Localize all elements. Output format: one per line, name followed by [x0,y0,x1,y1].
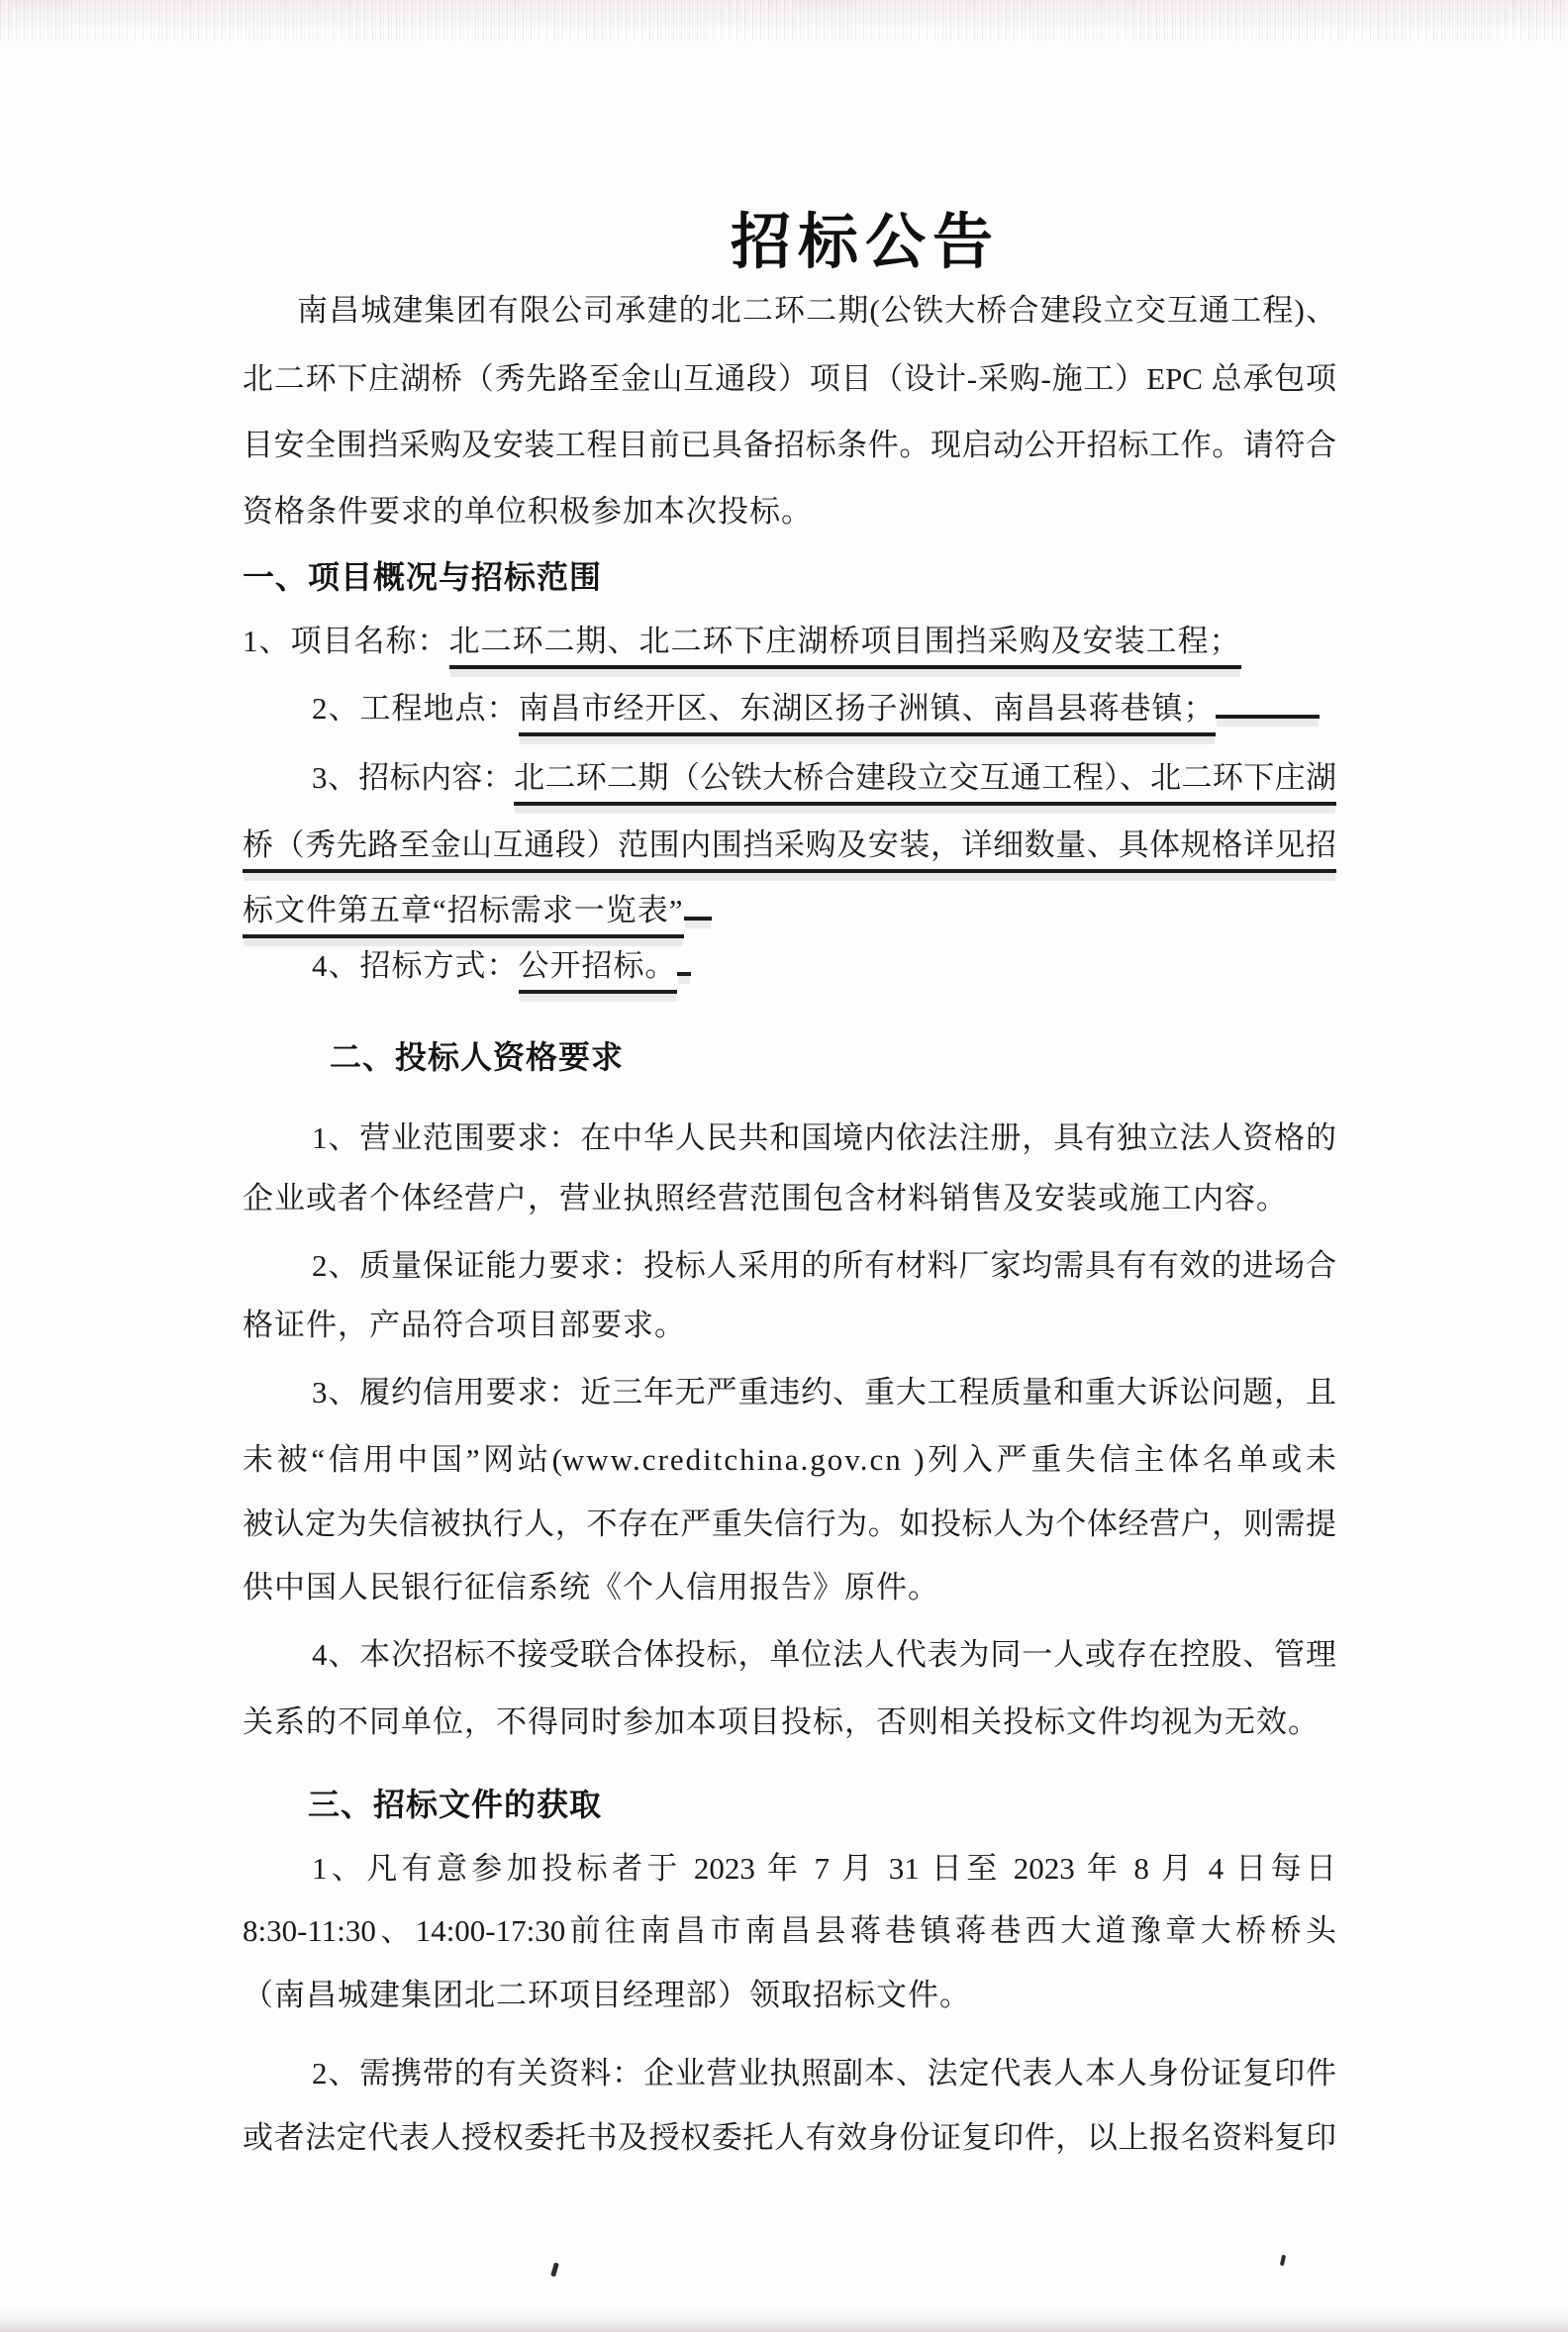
qualification-1-line-2: 企业或者个体经营户，营业执照经营范围包含材料销售及安装或施工内容。 [243,1177,1336,1220]
text: 2、质量保证能力要求：投标人采用的所有材料厂家均需具有有效的进场合 [312,1248,1336,1283]
qualification-1-line-1: 1、营业范围要求：在中华人民共和国境内依法注册，具有独立法人资格的 [243,1117,1336,1160]
qualification-3-line-2: 未被“信用中国”网站(www.creditchina.gov.cn )列入严重失… [243,1438,1336,1482]
qualification-4-line-2: 关系的不同单位，不得同时参加本项目投标，否则相关投标文件均视为无效。 [243,1700,1336,1744]
scan-speck [550,2263,559,2278]
scan-noise-top [0,0,1568,42]
scan-shadow-bottom [0,2306,1568,2332]
text: 南昌城建集团有限公司承建的北二环二期(公铁大桥合建段立交互通工程)、 [297,293,1336,328]
text: （南昌城建集团北二环项目经理部）领取招标文件。 [243,1978,971,2012]
item-tender-content-line-1: 3、招标内容：北二环二期（公铁大桥合建段立交互通工程）、北二环下庄湖 [243,756,1336,800]
underlined-text: 公开招标。 [519,948,677,994]
text: 三、招标文件的获取 [308,1787,602,1822]
qualification-2-line-1: 2、质量保证能力要求：投标人采用的所有材料厂家均需具有有效的进场合 [243,1244,1336,1288]
underlined-text: 北二环二期、北二环下庄湖桥项目围挡采购及安装工程； [449,624,1241,669]
text: 2、需携带的有关资料：企业营业执照副本、法定代表人本人身份证复印件 [312,2056,1336,2090]
underlined-text: 桥（秀先路至金山互通段）范围内围挡采购及安装，详细数量、具体规格详见招 [243,827,1336,873]
document-title: 招标公告 [731,194,1000,280]
item-project-location: 2、工程地点：南昌市经开区、东湖区扬子洲镇、南昌县蒋巷镇； [243,687,1336,730]
section-1-heading: 一、项目概况与招标范围 [243,555,1336,599]
obtain-2-line-1: 2、需携带的有关资料：企业营业执照副本、法定代表人本人身份证复印件 [243,2052,1336,2095]
text: 目安全围挡采购及安装工程目前已具备招标条件。现启动公开招标工作。请符合 [243,428,1336,462]
underlined-text: 北二环二期（公铁大桥合建段立交互通工程）、北二环下庄湖 [514,760,1336,806]
intro-line-4: 资格条件要求的单位积极参加本次投标。 [243,490,1336,534]
intro-line-3: 目安全围挡采购及安装工程目前已具备招标条件。现启动公开招标工作。请符合 [243,424,1336,467]
text: 1、营业范围要求：在中华人民共和国境内依法注册，具有独立法人资格的 [312,1120,1336,1155]
text: 格证件，产品符合项目部要求。 [243,1308,686,1342]
obtain-1-line-2: 8:30-11:30、14:00-17:30前往南昌市南昌县蒋巷镇蒋巷西大道豫章… [243,1909,1336,1953]
text: 4、本次招标不接受联合体投标，单位法人代表为同一人或存在控股、管理 [312,1637,1336,1672]
intro-line-2: 北二环下庄湖桥（秀先路至金山互通段）项目（设计-采购-施工）EPC 总承包项 [243,357,1336,401]
intro-line-1: 南昌城建集团有限公司承建的北二环二期(公铁大桥合建段立交互通工程)、 [243,289,1336,333]
text: 关系的不同单位，不得同时参加本项目投标，否则相关投标文件均视为无效。 [243,1704,1320,1739]
label: 3、招标内容： [312,760,514,795]
underline-extension [684,900,712,921]
qualification-3-line-3: 被认定为失信被执行人，不存在严重失信行为。如投标人为个体经营户，则需提 [243,1503,1336,1546]
text: 二、投标人资格要求 [330,1039,624,1075]
text: 一、项目概况与招标范围 [243,559,602,595]
qualification-4-line-1: 4、本次招标不接受联合体投标，单位法人代表为同一人或存在控股、管理 [243,1633,1336,1677]
section-3-heading: 三、招标文件的获取 [243,1783,1336,1826]
qualification-3-line-4: 供中国人民银行征信系统《个人信用报告》原件。 [243,1566,1336,1609]
text: 8:30-11:30、14:00-17:30前往南昌市南昌县蒋巷镇蒋巷西大道豫章… [243,1913,1336,1948]
item-tender-content-line-2: 桥（秀先路至金山互通段）范围内围挡采购及安装，详细数量、具体规格详见招 [243,824,1336,867]
text: 或者法定代表人授权委托书及授权委托人有效身份证复印件，以上报名资料复印 [243,2120,1336,2155]
text: 1、凡有意参加投标者于 2023 年 7 月 31 日至 2023 年 8 月 … [312,1851,1336,1886]
label: 1、项目名称： [243,624,449,658]
underline-extension [677,955,691,976]
label: 2、工程地点： [312,691,519,726]
underlined-text: 南昌市经开区、东湖区扬子洲镇、南昌县蒋巷镇； [519,691,1216,736]
text: 被认定为失信被执行人，不存在严重失信行为。如投标人为个体经营户，则需提 [243,1506,1336,1541]
text: 北二环下庄湖桥（秀先路至金山互通段）项目（设计-采购-施工）EPC 总承包项 [243,361,1336,396]
section-2-heading: 二、投标人资格要求 [243,1035,1336,1079]
obtain-2-line-2: 或者法定代表人授权委托书及授权委托人有效身份证复印件，以上报名资料复印 [243,2116,1336,2160]
text: 未被“信用中国”网站( [243,1442,562,1477]
text: 供中国人民银行征信系统《个人信用报告》原件。 [243,1570,939,1604]
qualification-2-line-2: 格证件，产品符合项目部要求。 [243,1304,1336,1347]
underline-extension [1216,698,1320,719]
qualification-3-line-1: 3、履约信用要求：近三年无严重违约、重大工程质量和重大诉讼问题，且 [243,1371,1336,1414]
obtain-1-line-3: （南昌城建集团北二环项目经理部）领取招标文件。 [243,1974,1336,2017]
text: )列入严重失信主体名单或未 [903,1442,1336,1477]
item-tender-method: 4、招标方式：公开招标。 [243,944,1336,988]
item-tender-content-line-3: 标文件第五章“招标需求一览表” [243,889,1336,932]
obtain-1-line-1: 1、凡有意参加投标者于 2023 年 7 月 31 日至 2023 年 8 月 … [243,1847,1336,1891]
text: 3、履约信用要求：近三年无严重违约、重大工程质量和重大诉讼问题，且 [312,1375,1336,1409]
label: 4、招标方式： [312,948,519,983]
text: 资格条件要求的单位积极参加本次投标。 [243,494,813,529]
credit-china-url: www.creditchina.gov.cn [562,1442,903,1477]
text: 企业或者个体经营户，营业执照经营范围包含材料销售及安装或施工内容。 [243,1181,1288,1215]
item-project-name: 1、项目名称：北二环二期、北二环下庄湖桥项目围挡采购及安装工程； [243,620,1336,663]
scanned-document-page: 招标公告 南昌城建集团有限公司承建的北二环二期(公铁大桥合建段立交互通工程)、 … [0,0,1568,2332]
scan-speck [1280,2255,1286,2267]
underlined-text: 标文件第五章“招标需求一览表” [243,893,684,938]
